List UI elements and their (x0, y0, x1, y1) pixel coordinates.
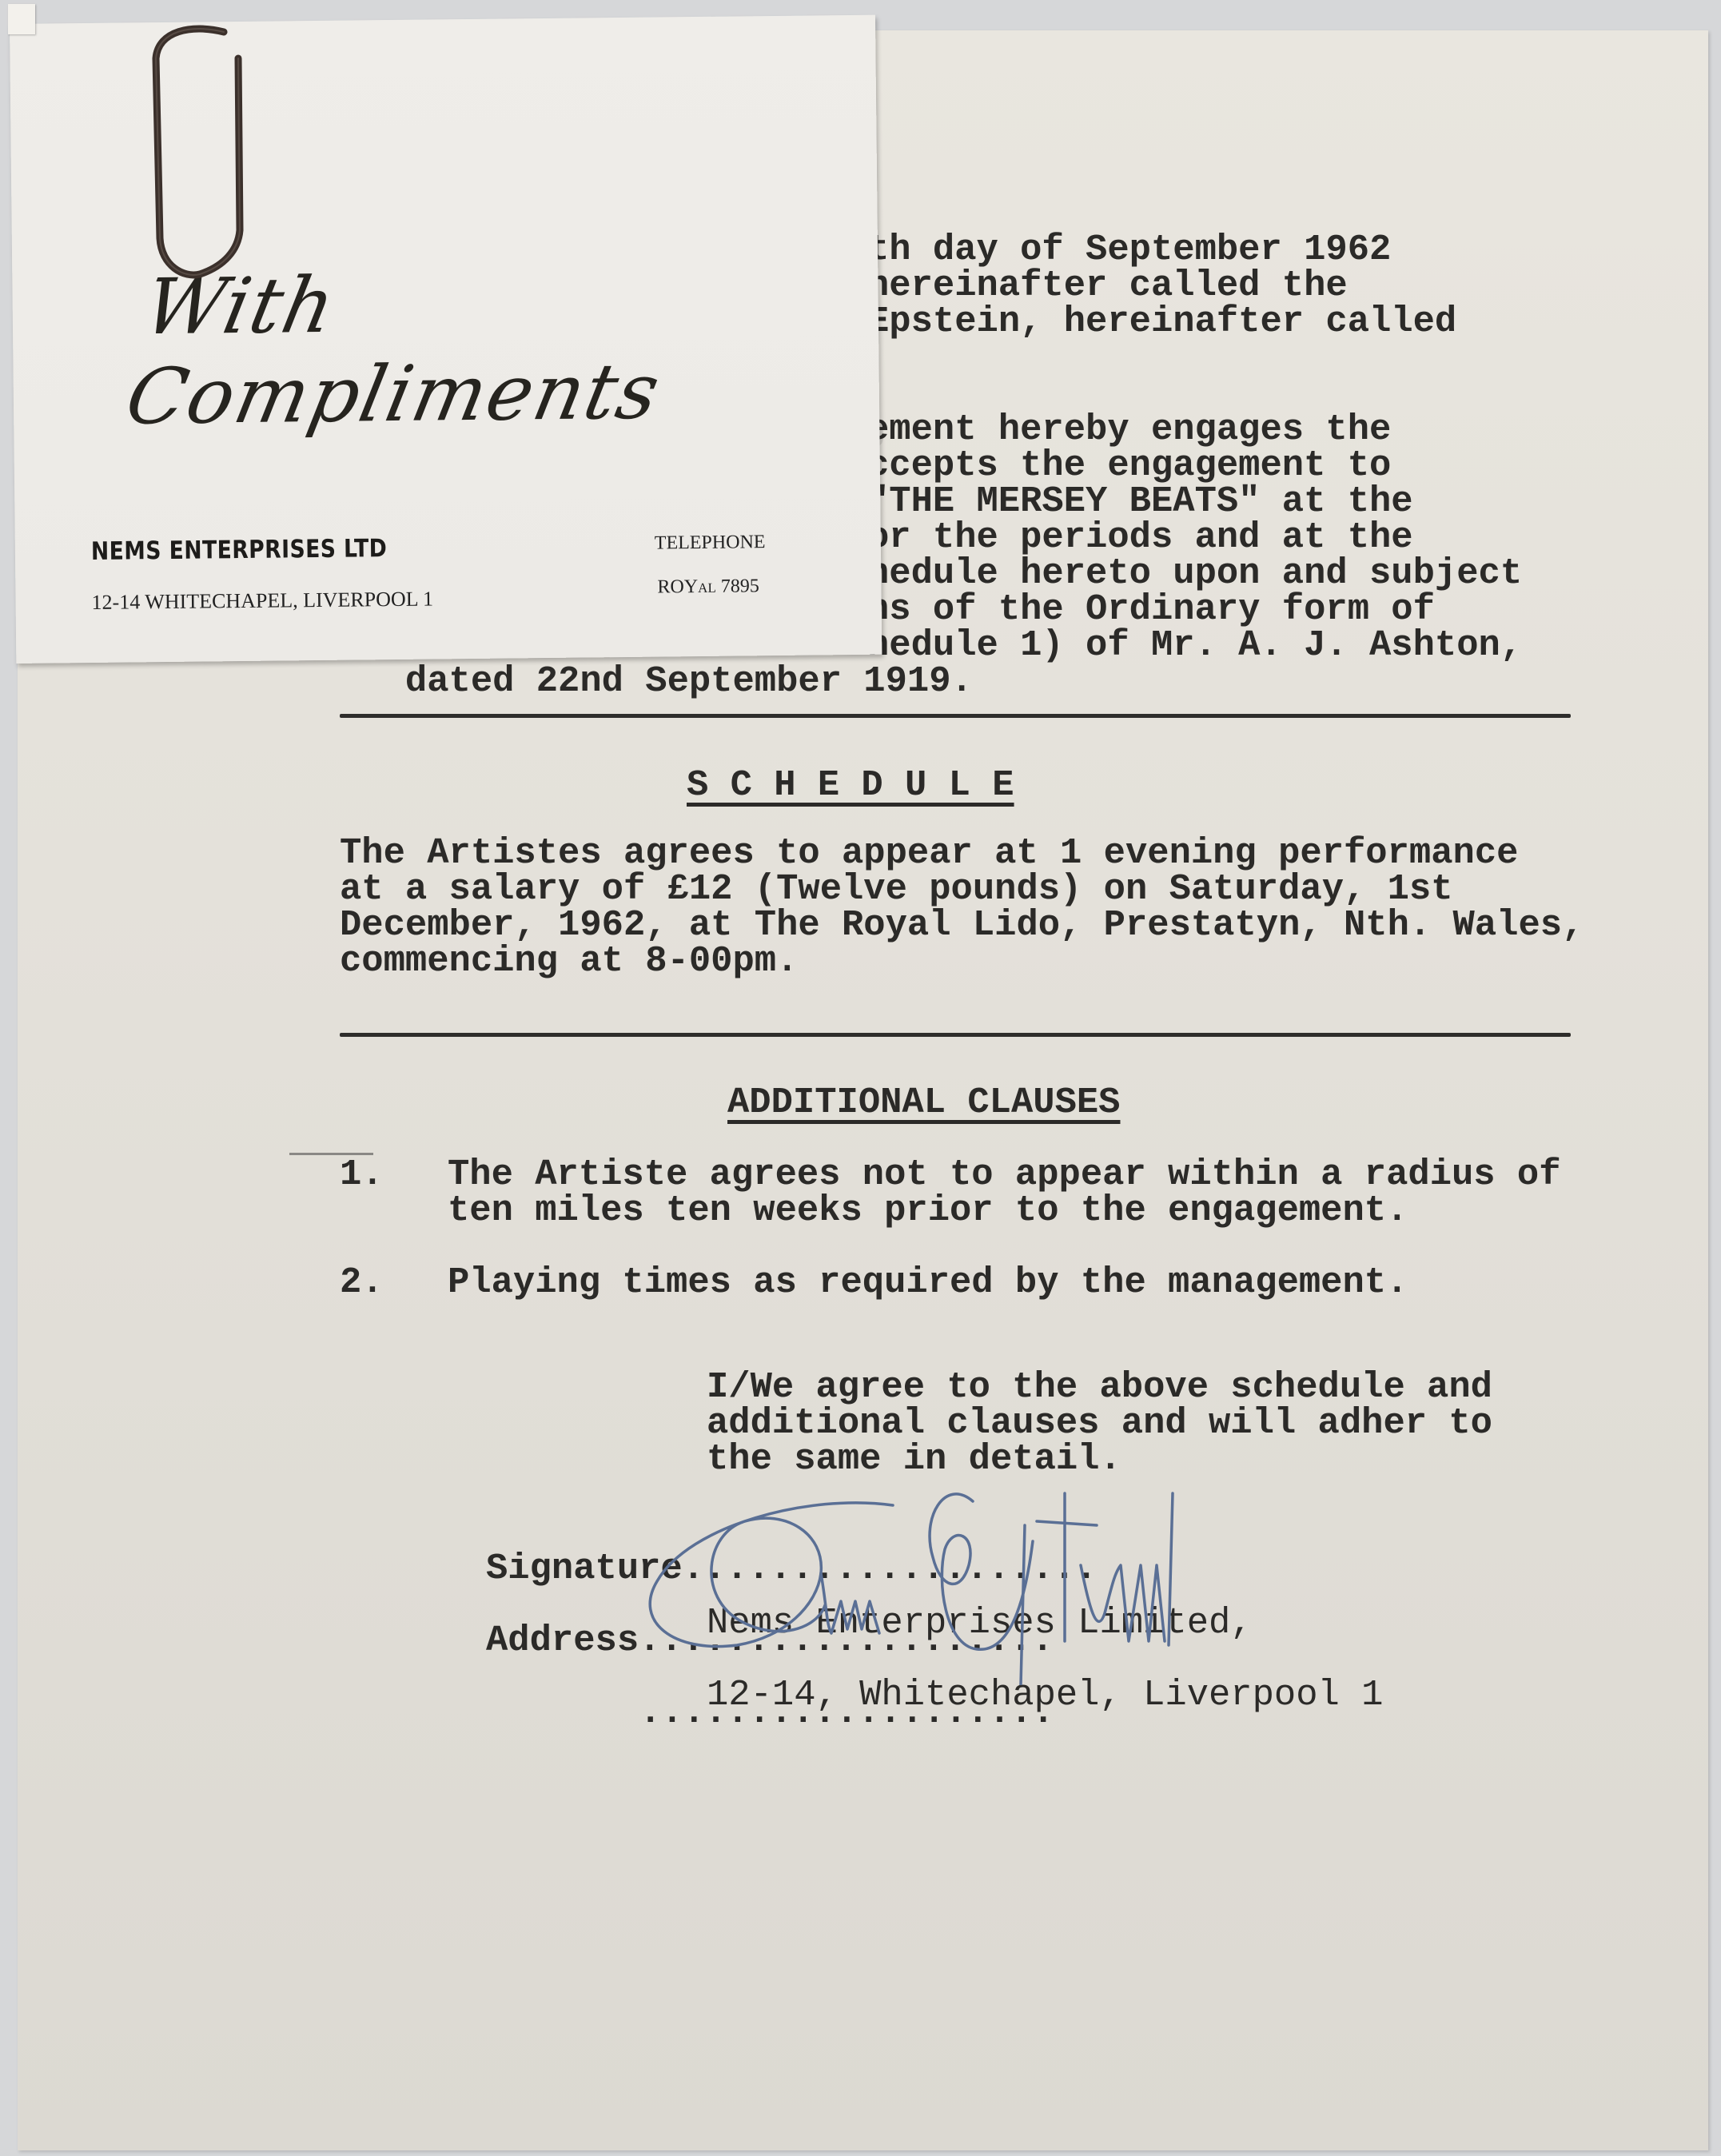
witnesseth-line-4: or the periods and at the (867, 520, 1413, 556)
agreement-line-1: I/We agree to the above schedule and (707, 1369, 1492, 1405)
agreement-line-2: additional clauses and will adher to (707, 1405, 1492, 1441)
preamble-line-2: hereinafter called the (867, 268, 1348, 304)
witnesseth-line-7: hedule 1) of Mr. A. J. Ashton, (867, 628, 1522, 664)
address-line-2-dots: ................... (639, 1695, 1054, 1731)
clause-1-line-2: ten miles ten weeks prior to the engagem… (448, 1193, 1408, 1229)
section-divider (340, 714, 1571, 718)
page-corner-tab (8, 4, 35, 34)
witnesseth-line-5: hedule hereto upon and subject (867, 556, 1522, 592)
clause-1-line-1: The Artiste agrees not to appear within … (448, 1157, 1561, 1193)
preamble-final-line: dated 22nd September 1919. (340, 664, 973, 699)
schedule-line-2: at a salary of £12 (Twelve pounds) on Sa… (340, 871, 1453, 907)
paperclip-icon (144, 22, 256, 286)
witnesseth-line-6: ns of the Ordinary form of (867, 592, 1435, 628)
schedule-line-3: December, 1962, at The Royal Lido, Prest… (340, 907, 1584, 943)
section-divider (340, 1033, 1571, 1037)
witnesseth-line-1: ement hereby engages the (867, 412, 1391, 448)
witnesseth-line-3: "THE MERSEY BEATS" at the (867, 484, 1413, 520)
company-address: 12-14 WHITECHAPEL, LIVERPOOL 1 (91, 587, 433, 614)
preamble-line-1: th day of September 1962 (867, 232, 1391, 268)
clause-1-number: 1. (340, 1157, 384, 1193)
additional-clauses-heading: ADDITIONAL CLAUSES (727, 1085, 1120, 1121)
clause-2-line-1: Playing times as required by the managem… (448, 1265, 1408, 1301)
schedule-heading: S C H E D U L E (687, 767, 1014, 803)
compliments-slip: With Compliments NEMS ENTERPRISES LTD 12… (10, 15, 882, 664)
clause-2-number: 2. (340, 1265, 384, 1301)
schedule-line-1: The Artistes agrees to appear at 1 eveni… (340, 835, 1518, 871)
handwritten-signature (577, 1445, 1472, 1685)
telephone-label: TELEPHONE (655, 532, 766, 554)
company-name: NEMS ENTERPRISES LTD (91, 534, 388, 566)
telephone-number: ROYAL 7895 (657, 576, 759, 598)
schedule-line-4: commencing at 8-00pm. (340, 943, 798, 979)
preamble-line-3: Epstein, hereinafter called (867, 304, 1456, 340)
witnesseth-line-2: ccepts the engagement to (867, 448, 1391, 484)
